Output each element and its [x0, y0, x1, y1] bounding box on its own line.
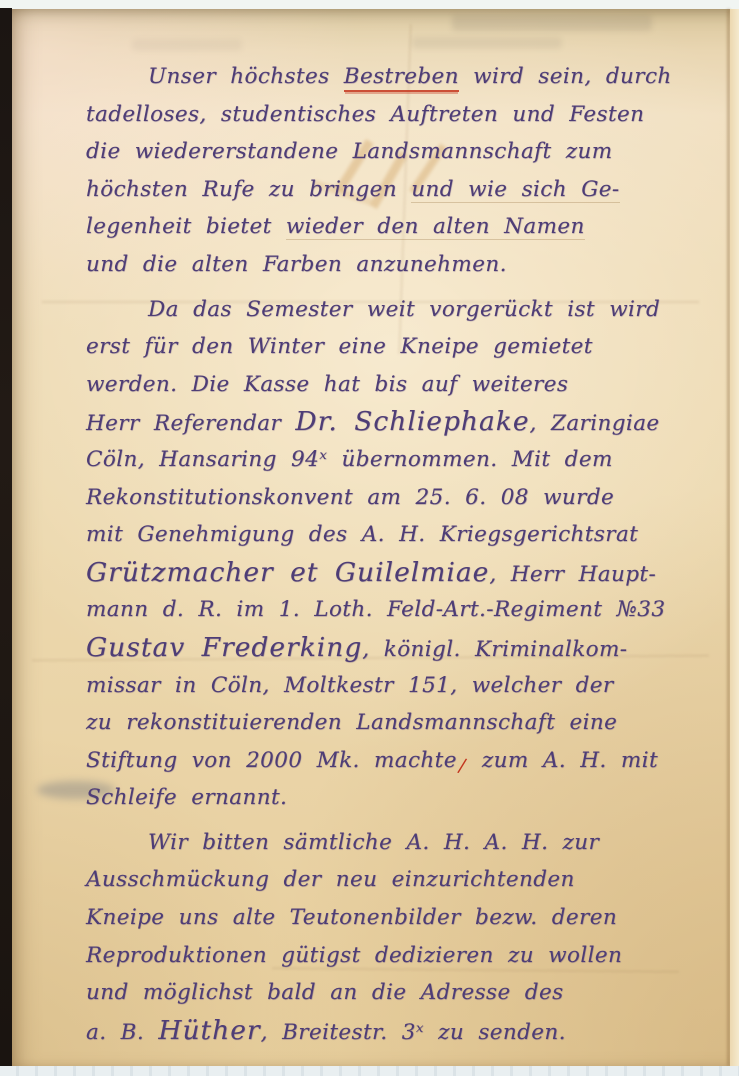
handwriting-segment: Unser höchstes — [148, 64, 344, 89]
emphasized-name: Gustav Frederking — [86, 632, 362, 663]
emphasized-name: Grützmacher et Guilelmiae — [86, 557, 489, 588]
handwriting-line: Kneipe uns alte Teutonenbilder bezw. der… — [86, 899, 727, 937]
handwriting-line: Unser höchstes Bestreben wird sein, durc… — [86, 58, 727, 96]
bleed-through-mark — [412, 37, 562, 49]
handwriting-segment: höchsten Rufe zu bringen — [86, 177, 411, 202]
handwriting-line: Wir bitten sämtliche A. H. A. H. zur — [86, 824, 727, 862]
handwriting-line: Herr Referendar Dr. Schliephake, Zaringi… — [86, 403, 727, 441]
handwriting-segment: zu rekonstituierenden Landsmannschaft ei… — [86, 710, 617, 735]
handwriting-segment: , Zaringiae — [530, 411, 660, 436]
letter-paper: Unser höchstes Bestreben wird sein, durc… — [12, 9, 739, 1066]
handwriting-line: mann d. R. im 1. Loth. Feld-Art.-Regimen… — [86, 591, 727, 629]
faint-underline-phrase: wieder den alten Namen — [286, 214, 585, 240]
handwriting-line: missar in Cöln, Moltkestr 151, welcher d… — [86, 667, 727, 705]
handwriting-segment: , Herr Haupt- — [489, 562, 656, 587]
handwriting-segment: mit Genehmigung des A. H. Kriegsgerichts… — [86, 522, 638, 547]
handwriting-segment: tadelloses, studentisches Auftreten und … — [86, 102, 644, 127]
handwriting-segment: a. B. — [86, 1020, 158, 1045]
scanner-strip-bottom — [0, 1066, 739, 1076]
handwriting-line: werden. Die Kasse hat bis auf weiteres — [86, 366, 727, 404]
paper-right-edge — [730, 9, 739, 1066]
handwriting-line: erst für den Winter eine Kneipe gemietet — [86, 328, 727, 366]
emphasized-name: Hüther — [158, 1015, 260, 1046]
handwriting-line: Ausschmückung der neu einzurichtenden — [86, 861, 727, 899]
handwriting-line: und möglichst bald an die Adresse des — [86, 974, 727, 1012]
letter-paragraph-3: Wir bitten sämtliche A. H. A. H. zur Aus… — [86, 824, 727, 1050]
handwriting-segment: Herr Referendar — [86, 411, 295, 436]
handwriting-line: Da das Semester weit vorgerückt ist wird — [86, 291, 727, 329]
handwriting-line: höchsten Rufe zu bringen und wie sich Ge… — [86, 171, 727, 209]
handwriting-line: tadelloses, studentisches Auftreten und … — [86, 96, 727, 134]
faint-underline-phrase: und wie sich Ge- — [411, 177, 619, 203]
handwriting-line: Schleife ernannt. — [86, 779, 727, 817]
scanner-strip-top — [0, 0, 739, 9]
handwriting-segment: werden. Die Kasse hat bis auf weiteres — [86, 372, 568, 397]
handwriting-line: Stiftung von 2000 Mk. machte/ zum A. H. … — [86, 742, 727, 780]
bleed-through-mark — [132, 39, 242, 51]
handwriting-line: die wiedererstandene Landsmannschaft zum — [86, 133, 727, 171]
red-underlined-word: Bestreben — [344, 64, 459, 92]
handwriting-line: Reproduktionen gütigst dedizieren zu wol… — [86, 937, 727, 975]
handwriting-segment: erst für den Winter eine Kneipe gemietet — [86, 334, 593, 359]
handwriting-segment: zum A. H. mit — [468, 748, 658, 773]
handwriting-segment: , königl. Kriminalkom- — [362, 637, 627, 662]
handwriting-segment: , Breitestr. 3ˣ zu senden. — [261, 1020, 566, 1045]
handwriting-line: und die alten Farben anzunehmen. — [86, 246, 727, 284]
scan-edge-black — [0, 8, 12, 1067]
handwriting-segment: legenheit bietet — [86, 214, 286, 239]
handwriting-line: a. B. Hüther, Breitestr. 3ˣ zu senden. — [86, 1012, 727, 1050]
handwriting-line: Grützmacher et Guilelmiae, Herr Haupt- — [86, 554, 727, 592]
handwriting-line: Cöln, Hansaring 94ˣ übernommen. Mit dem — [86, 441, 727, 479]
handwriting-segment: Da das Semester weit vorgerückt ist wird — [148, 297, 660, 322]
handwriting-segment: wird sein, durch — [459, 64, 672, 89]
handwriting-segment: Cöln, Hansaring 94ˣ übernommen. Mit dem — [86, 447, 613, 472]
emphasized-name: Dr. Schliephake — [295, 406, 529, 437]
handwriting-segment: Stiftung von 2000 Mk. machte — [86, 748, 457, 773]
letter-paragraph-1: Unser höchstes Bestreben wird sein, durc… — [86, 58, 727, 284]
handwriting-segment: und die alten Farben anzunehmen. — [86, 252, 507, 277]
handwriting-line: zu rekonstituierenden Landsmannschaft ei… — [86, 704, 727, 742]
handwriting-segment: Ausschmückung der neu einzurichtenden — [86, 867, 575, 892]
handwriting-segment: und möglichst bald an die Adresse des — [86, 980, 564, 1005]
handwriting-line: legenheit bietet wieder den alten Namen — [86, 208, 727, 246]
handwriting-line: mit Genehmigung des A. H. Kriegsgerichts… — [86, 516, 727, 554]
handwriting-segment: die wiedererstandene Landsmannschaft zum — [86, 139, 613, 164]
handwriting-segment: missar in Cöln, Moltkestr 151, welcher d… — [86, 673, 614, 698]
handwriting-segment: Schleife ernannt. — [86, 785, 287, 810]
letter-text: Unser höchstes Bestreben wird sein, durc… — [86, 58, 727, 1049]
handwriting-segment: mann d. R. im 1. Loth. Feld-Art.-Regimen… — [86, 597, 665, 622]
handwriting-line: Gustav Frederking, königl. Kriminalkom- — [86, 629, 727, 667]
handwriting-segment: Reproduktionen gütigst dedizieren zu wol… — [86, 943, 622, 968]
handwriting-segment: Wir bitten sämtliche A. H. A. H. zur — [148, 830, 599, 855]
handwriting-line: Rekonstitutionskonvent am 25. 6. 08 wurd… — [86, 479, 727, 517]
bleed-through-mark — [452, 15, 652, 31]
scanned-letter: Unser höchstes Bestreben wird sein, durc… — [0, 0, 739, 1076]
handwriting-segment: Kneipe uns alte Teutonenbilder bezw. der… — [86, 905, 617, 930]
handwriting-segment: Rekonstitutionskonvent am 25. 6. 08 wurd… — [86, 485, 614, 510]
letter-paragraph-2: Da das Semester weit vorgerückt ist wird… — [86, 291, 727, 817]
